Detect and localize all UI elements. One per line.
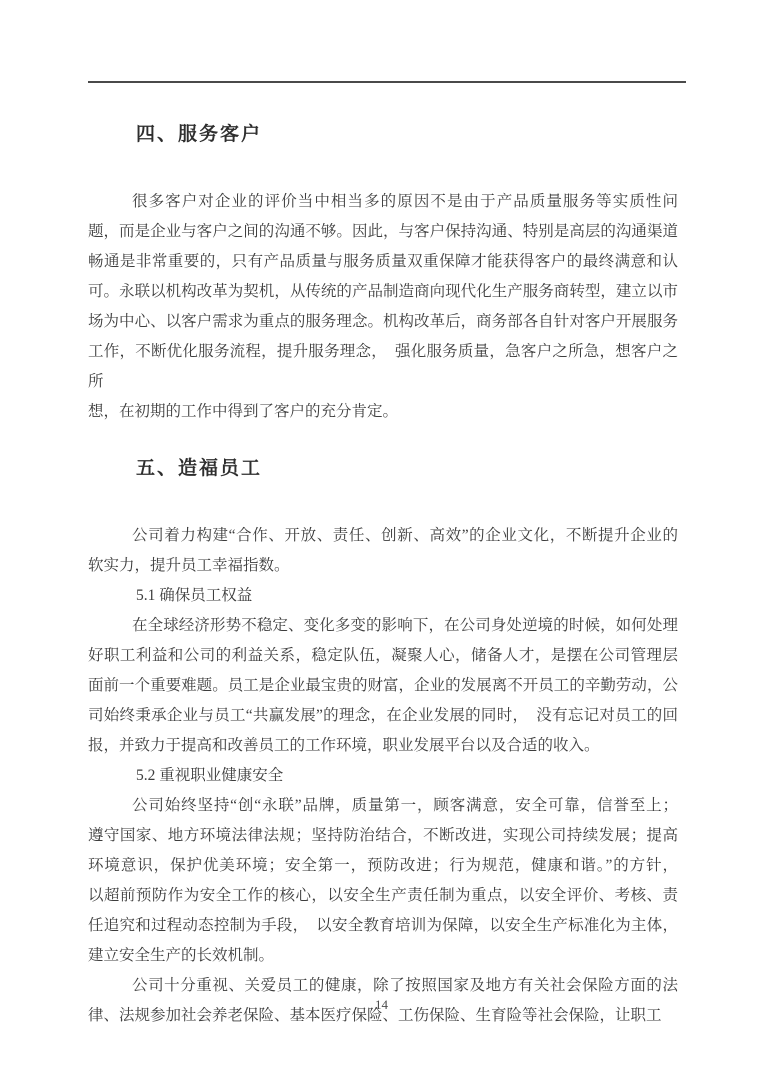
- text-line: 公司始终坚持“创“永联”品牌，质量第一，顾客满意，安全可靠，信誉至上；: [88, 791, 678, 821]
- text-line: 好职工利益和公司的利益关系，稳定队伍，凝聚人心，储备人才，是摆在公司管理层: [88, 641, 678, 671]
- text-line: 在全球经济形势不稳定、变化多变的影响下，在公司身处逆境的时候，如何处理: [88, 611, 678, 641]
- section-5-heading: 五、造福员工: [136, 455, 678, 483]
- text-line: 想，在初期的工作中得到了客户的充分肯定。: [88, 397, 678, 427]
- text-line: 遵守国家、地方环境法律法规；坚持防治结合，不断改进，实现公司持续发展；提高: [88, 821, 678, 851]
- text-line: 畅通是非常重要的，只有产品质量与服务质量双重保障才能获得客户的最终满意和认: [88, 247, 678, 277]
- text-line: 建立安全生产的长效机制。: [88, 941, 678, 971]
- text-line: 司始终秉承企业与员工“共赢发展”的理念，在企业发展的同时， 没有忘记对员工的回: [88, 701, 678, 731]
- section-4-paragraph: 很多客户对企业的评价当中相当多的原因不是由于产品质量服务等实质性问题，而是企业与…: [88, 187, 678, 427]
- section-5-intro-paragraph: 公司着力构建“合作、开放、责任、创新、高效”的企业文化，不断提升企业的软实力，提…: [88, 521, 678, 581]
- subsection-5-2-paragraph-1: 公司始终坚持“创“永联”品牌，质量第一，顾客满意，安全可靠，信誉至上；遵守国家、…: [88, 791, 678, 971]
- text-line: 报，并致力于提高和改善员工的工作环境，职业发展平台以及合适的收入。: [88, 731, 678, 761]
- subsection-5-2-heading: 5.2 重视职业健康安全: [88, 761, 678, 791]
- subsection-5-1-heading: 5.1 确保员工权益: [88, 581, 678, 611]
- text-line: 任追究和过程动态控制为手段， 以安全教育培训为保障，以安全生产标准化为主体，: [88, 911, 678, 941]
- subsection-5-1-paragraph: 在全球经济形势不稳定、变化多变的影响下，在公司身处逆境的时候，如何处理好职工利益…: [88, 611, 678, 761]
- text-line: 软实力，提升员工幸福指数。: [88, 551, 678, 581]
- text-line: 面前一个重要难题。员工是企业最宝贵的财富，企业的发展离不开员工的辛勤劳动，公: [88, 671, 678, 701]
- text-line: 题，而是企业与客户之间的沟通不够。因此，与客户保持沟通、特别是高层的沟通渠道: [88, 217, 678, 247]
- page-content: 四、服务客户 很多客户对企业的评价当中相当多的原因不是由于产品质量服务等实质性问…: [88, 83, 678, 1031]
- text-line: 公司着力构建“合作、开放、责任、创新、高效”的企业文化，不断提升企业的: [88, 521, 678, 551]
- text-line: 可。永联以机构改革为契机，从传统的产品制造商向现代化生产服务商转型，建立以市: [88, 277, 678, 307]
- document-page: 四、服务客户 很多客户对企业的评价当中相当多的原因不是由于产品质量服务等实质性问…: [0, 0, 763, 1080]
- page-number: 14: [0, 997, 763, 1013]
- text-line: 环境意识，保护优美环境；安全第一，预防改进；行为规范，健康和谐。”的方针，: [88, 851, 678, 881]
- text-line: 工作，不断优化服务流程，提升服务理念， 强化服务质量，急客户之所急，想客户之所: [88, 337, 678, 397]
- text-line: 场为中心、以客户需求为重点的服务理念。机构改革后，商务部各自针对客户开展服务: [88, 307, 678, 337]
- text-line: 以超前预防作为安全工作的核心，以安全生产责任制为重点，以安全评价、考核、责: [88, 881, 678, 911]
- text-line: 很多客户对企业的评价当中相当多的原因不是由于产品质量服务等实质性问: [88, 187, 678, 217]
- section-4-heading: 四、服务客户: [136, 121, 678, 149]
